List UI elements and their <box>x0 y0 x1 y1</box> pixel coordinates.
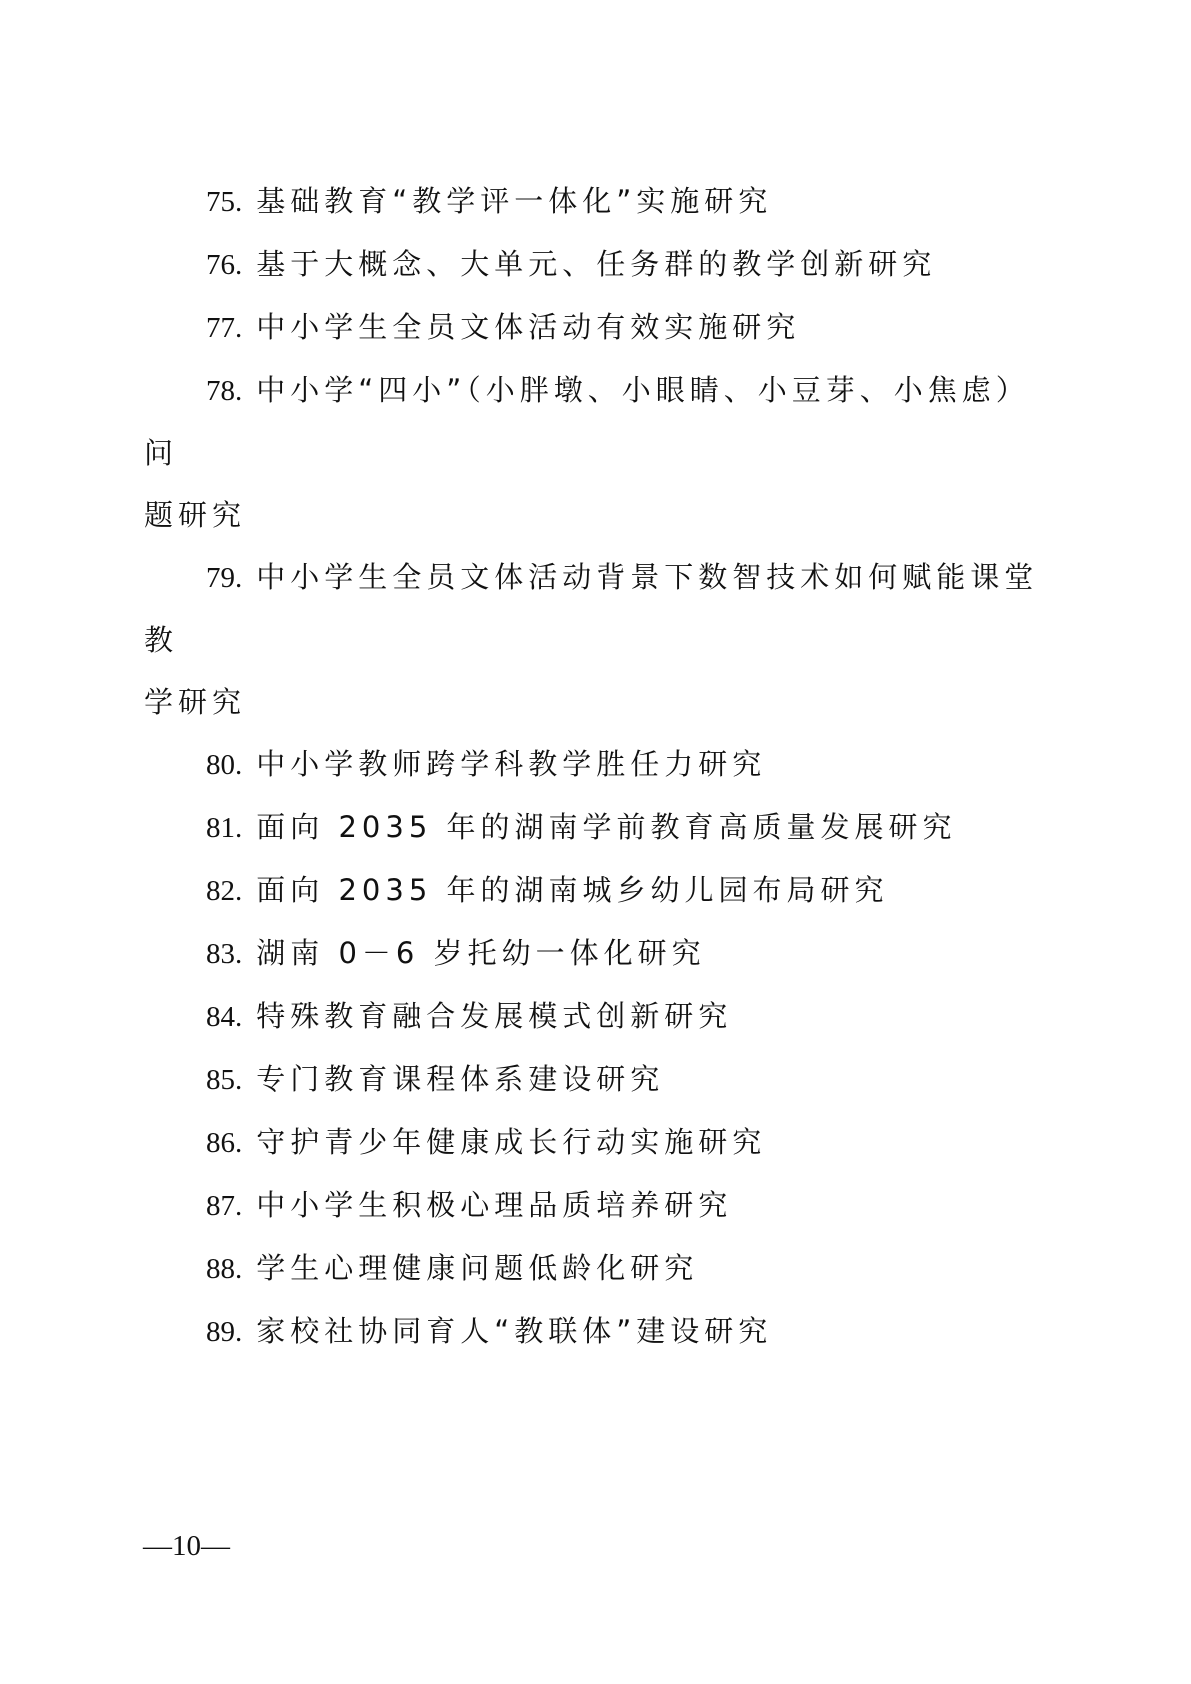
item-text: 中小学“四小”（小胖墩、小眼睛、小豆芽、小焦虑）问 <box>144 373 1030 470</box>
item-text: 学生心理健康问题低龄化研究 <box>256 1251 698 1285</box>
item-text: 中小学生积极心理品质培养研究 <box>256 1188 732 1222</box>
item-text: 中小学生全员文体活动背景下数智技术如何赋能课堂教 <box>144 560 1038 657</box>
item-number: 82. <box>206 875 242 907</box>
item-text: 面向 2035 年的湖南城乡幼儿园布局研究 <box>256 873 888 907</box>
list-item: 80.中小学教师跨学科教学胜任力研究 <box>144 733 1044 796</box>
item-number: 87. <box>206 1190 242 1222</box>
list-item: 85.专门教育课程体系建设研究 <box>144 1048 1044 1111</box>
item-text-continuation: 题研究 <box>144 484 1044 546</box>
item-number: 86. <box>206 1127 242 1159</box>
item-number: 78. <box>206 375 242 407</box>
item-text: 基础教育“教学评一体化”实施研究 <box>256 184 772 218</box>
list-item: 84.特殊教育融合发展模式创新研究 <box>144 985 1044 1048</box>
list-item: 81.面向 2035 年的湖南学前教育高质量发展研究 <box>144 796 1044 859</box>
item-text: 守护青少年健康成长行动实施研究 <box>256 1125 766 1159</box>
item-text: 特殊教育融合发展模式创新研究 <box>256 999 732 1033</box>
list-item: 75.基础教育“教学评一体化”实施研究 <box>144 170 1044 233</box>
item-number: 81. <box>206 812 242 844</box>
item-text: 家校社协同育人“教联体”建设研究 <box>256 1314 772 1348</box>
item-number: 80. <box>206 749 242 781</box>
item-number: 83. <box>206 938 242 970</box>
research-topic-list: 75.基础教育“教学评一体化”实施研究 76.基于大概念、大单元、任务群的教学创… <box>144 170 1044 1363</box>
list-item: 82.面向 2035 年的湖南城乡幼儿园布局研究 <box>144 859 1044 922</box>
item-number: 85. <box>206 1064 242 1096</box>
item-number: 77. <box>206 312 242 344</box>
item-text: 专门教育课程体系建设研究 <box>256 1062 664 1096</box>
item-text: 基于大概念、大单元、任务群的教学创新研究 <box>256 247 936 281</box>
list-item: 86.守护青少年健康成长行动实施研究 <box>144 1111 1044 1174</box>
item-number: 89. <box>206 1316 242 1348</box>
list-item: 79.中小学生全员文体活动背景下数智技术如何赋能课堂教 学研究 <box>144 546 1044 733</box>
list-item: 78.中小学“四小”（小胖墩、小眼睛、小豆芽、小焦虑）问 题研究 <box>144 359 1044 546</box>
item-number: 75. <box>206 186 242 218</box>
document-page: 75.基础教育“教学评一体化”实施研究 76.基于大概念、大单元、任务群的教学创… <box>0 0 1191 1684</box>
item-number: 76. <box>206 249 242 281</box>
list-item: 89.家校社协同育人“教联体”建设研究 <box>144 1300 1044 1363</box>
item-number: 88. <box>206 1253 242 1285</box>
list-item: 77.中小学生全员文体活动有效实施研究 <box>144 296 1044 359</box>
item-text: 面向 2035 年的湖南学前教育高质量发展研究 <box>256 810 956 844</box>
item-number: 79. <box>206 562 242 594</box>
item-number: 84. <box>206 1001 242 1033</box>
item-text: 中小学教师跨学科教学胜任力研究 <box>256 747 766 781</box>
item-text-continuation: 学研究 <box>144 671 1044 733</box>
page-number: —10— <box>143 1530 230 1563</box>
item-text: 中小学生全员文体活动有效实施研究 <box>256 310 800 344</box>
item-text: 湖南 0－6 岁托幼一体化研究 <box>256 936 705 970</box>
list-item: 87.中小学生积极心理品质培养研究 <box>144 1174 1044 1237</box>
list-item: 83.湖南 0－6 岁托幼一体化研究 <box>144 922 1044 985</box>
list-item: 88.学生心理健康问题低龄化研究 <box>144 1237 1044 1300</box>
list-item: 76.基于大概念、大单元、任务群的教学创新研究 <box>144 233 1044 296</box>
